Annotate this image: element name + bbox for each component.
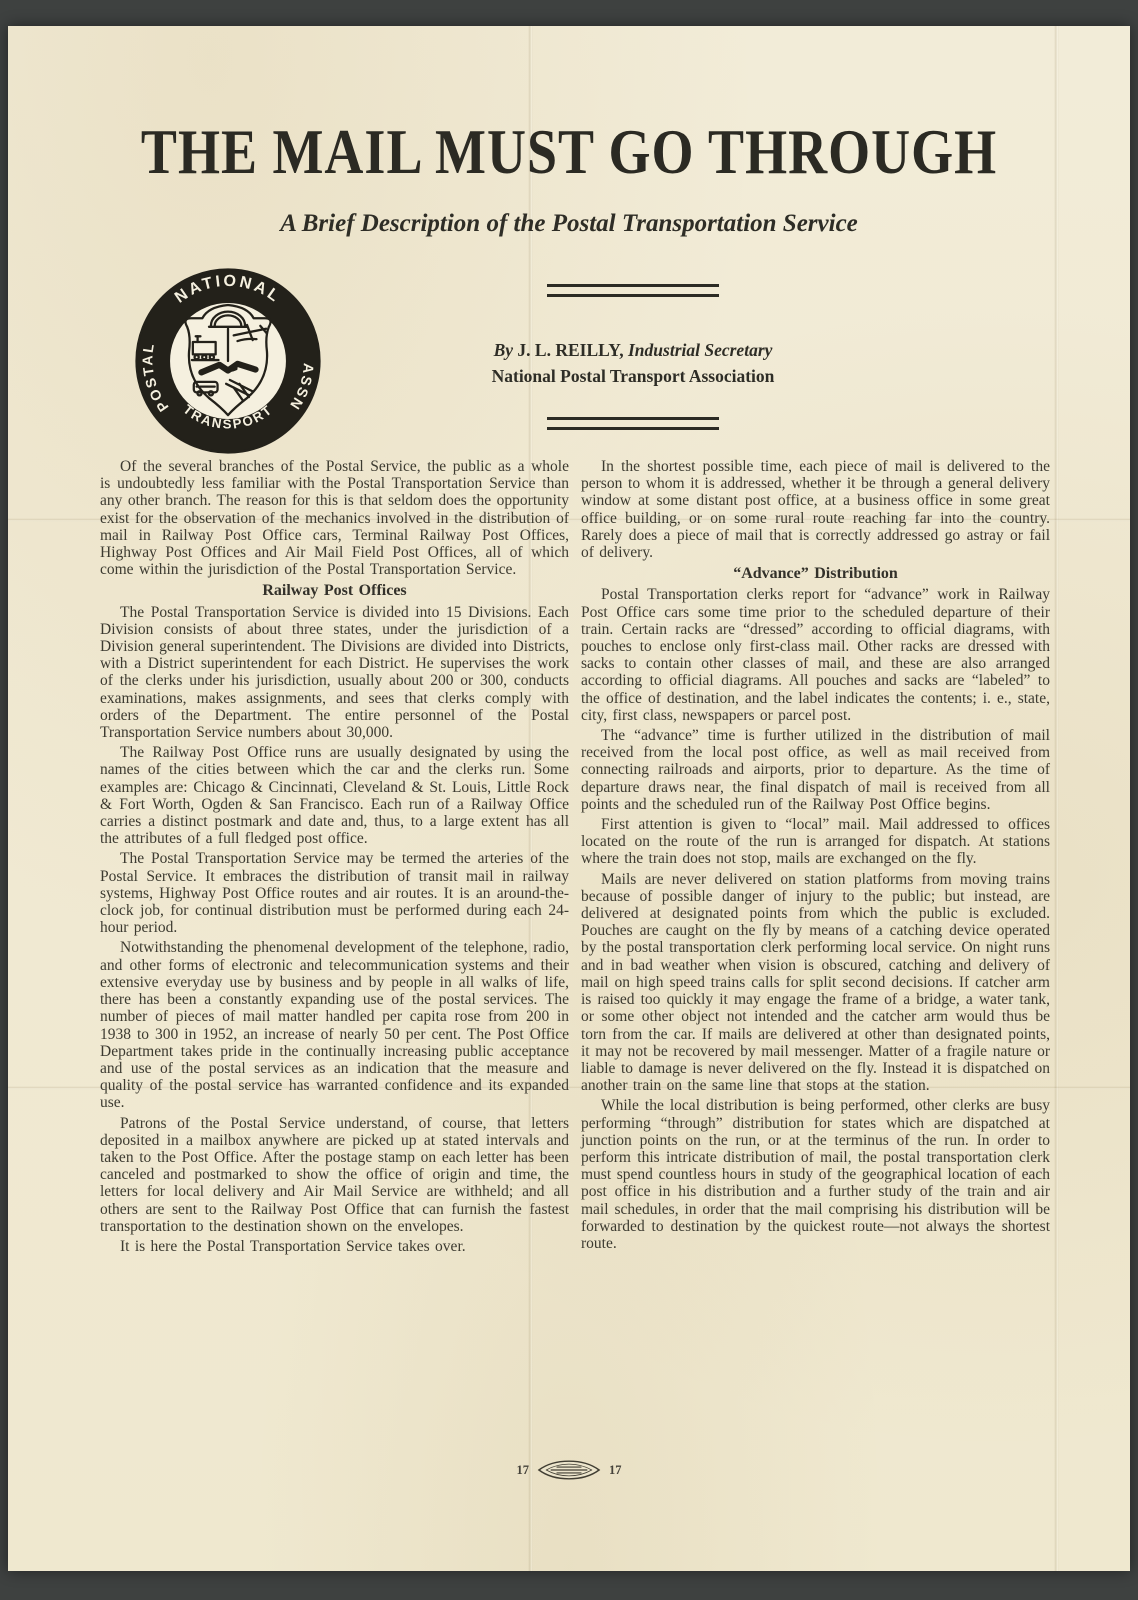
paragraph: Patrons of the Postal Service understand… [100,1115,569,1235]
paragraph: The Railway Post Office runs are usually… [100,744,569,847]
paragraph: It is here the Postal Transportation Ser… [100,1238,569,1255]
rule-divider [547,417,719,430]
page-footer: 17 17 [8,1458,1130,1482]
byline: By J. L. REILLY, Industrial Secretary Na… [438,284,828,430]
vertical-fold-crease [1054,26,1059,1571]
national-postal-transport-assn-seal-icon: NATIONAL POSTAL ASSN TRANSPORT [133,266,323,456]
right-column: In the shortest possible time, each piec… [581,458,1050,1258]
paragraph: The Postal Transportation Service is div… [100,604,569,742]
article-body: Of the several branches of the Postal Se… [100,458,1050,1258]
paragraph: The “advance” time is further utilized i… [581,727,1050,813]
scanned-leaflet-page: THE MAIL MUST GO THROUGH A Brief Descrip… [8,26,1130,1571]
paragraph: Postal Transportation clerks report for … [581,586,1050,724]
printers-union-bug-icon [536,1458,602,1482]
paragraph: First attention is given to “local” mail… [581,816,1050,868]
paragraph: The Postal Transportation Service may be… [100,850,569,936]
paragraph: While the local distribution is being pe… [581,1097,1050,1252]
left-column: Of the several branches of the Postal Se… [100,458,569,1258]
footer-page-number: 17 [517,1463,530,1478]
byline-organization: National Postal Transport Association [438,363,828,389]
footer-page-number: 17 [609,1463,622,1478]
page-subtitle: A Brief Description of the Postal Transp… [8,210,1130,238]
page-title: THE MAIL MUST GO THROUGH [8,122,1130,184]
paragraph: Of the several branches of the Postal Se… [100,458,569,578]
paragraph: In the shortest possible time, each piec… [581,458,1050,561]
byline-author-line: By J. L. REILLY, Industrial Secretary [438,337,828,363]
section-heading-advance-distribution: “Advance” Distribution [581,565,1050,582]
section-heading-railway-post-offices: Railway Post Offices [100,582,569,599]
paragraph: Notwithstanding the phenomenal developme… [100,939,569,1111]
rule-divider [547,284,719,297]
paragraph: Mails are never delivered on station pla… [581,871,1050,1095]
